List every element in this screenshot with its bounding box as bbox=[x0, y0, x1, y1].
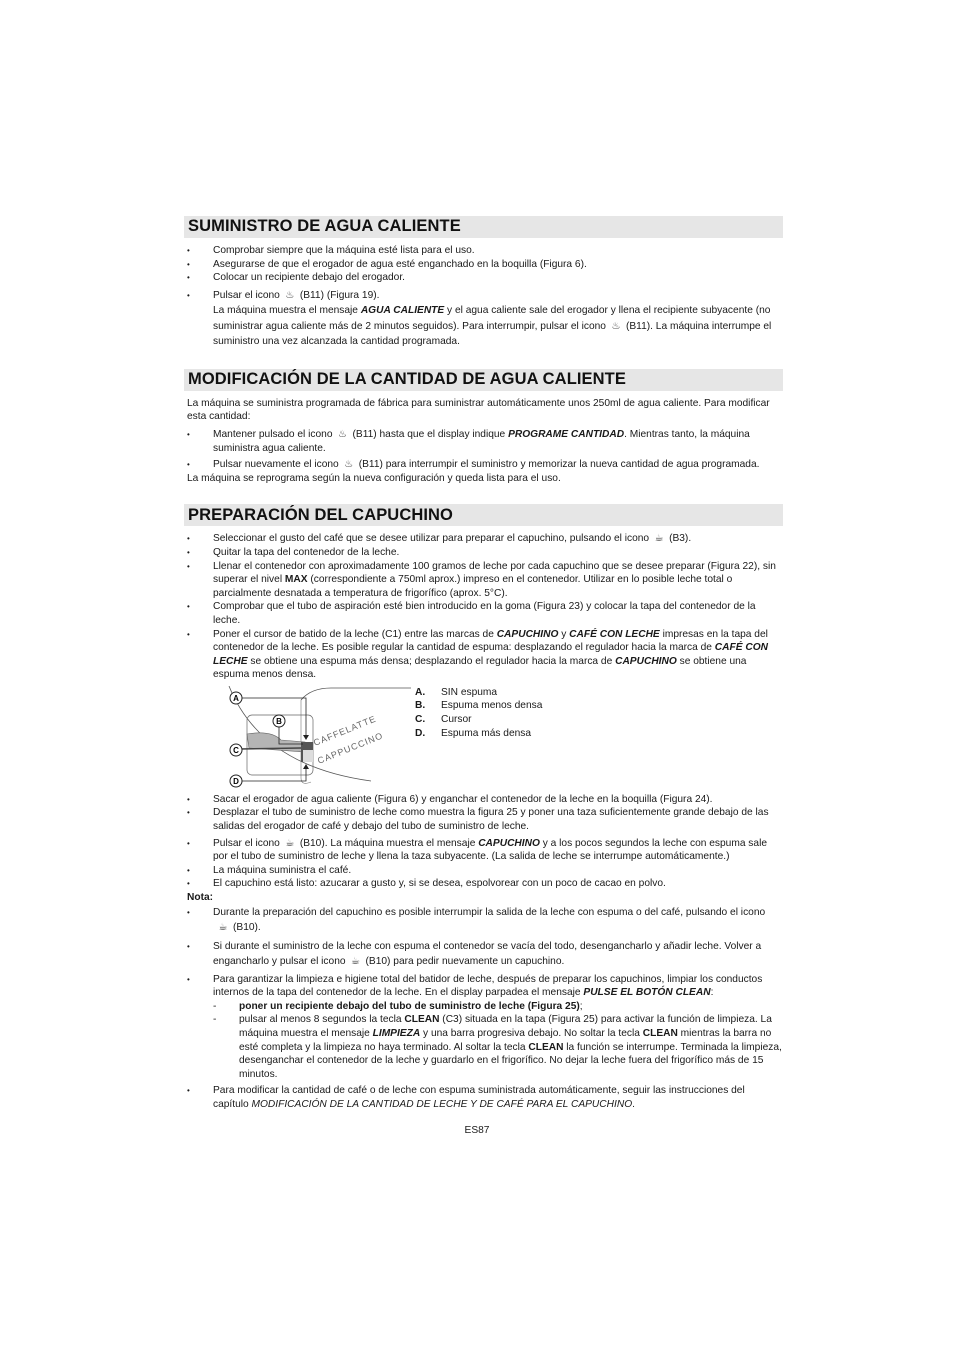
list-item: Poner el cursor de batido de la leche (C… bbox=[187, 628, 783, 682]
legend-item: C.Cursor bbox=[415, 713, 542, 727]
cappuccino-icon: ☕ bbox=[283, 837, 297, 851]
coffee-taste-icon: ☕ bbox=[652, 532, 666, 546]
list-item: Mantener pulsado el icono♨(B11) hasta qu… bbox=[187, 428, 783, 455]
page-number: ES87 bbox=[0, 1125, 954, 1136]
legend-item: D.Espuma más densa bbox=[415, 727, 542, 741]
outro-paragraph: La máquina se reprograma según la nueva … bbox=[187, 472, 783, 486]
section-title-cappuccino: PREPARACIÓN DEL CAPUCHINO bbox=[188, 509, 453, 523]
note-label: Nota: bbox=[187, 891, 783, 905]
section-title-hot-water: SUMINISTRO DE AGUA CALIENTE bbox=[188, 220, 461, 234]
intro-paragraph: La máquina se suministra programada de f… bbox=[187, 397, 783, 424]
list-item: Pulsar nuevamente el icono♨(B11) para in… bbox=[187, 458, 783, 472]
hot-water-steps: Comprobar siempre que la máquina esté li… bbox=[187, 244, 783, 350]
froth-regulator-figure: A B C D CAFFELATTE CAPPUCCINO A.SIN espu… bbox=[221, 686, 783, 790]
section-heading-band: PREPARACIÓN DEL CAPUCHINO bbox=[184, 504, 783, 526]
list-item: Comprobar siempre que la máquina esté li… bbox=[187, 244, 783, 258]
list-item: poner un recipiente debajo del tubo de s… bbox=[213, 1000, 783, 1014]
svg-text:C: C bbox=[233, 746, 239, 755]
list-item: Para modificar la cantidad de café o de … bbox=[187, 1084, 783, 1111]
list-item: Comprobar que el tubo de aspiración esté… bbox=[187, 600, 783, 627]
hot-water-icon: ♨ bbox=[342, 458, 356, 472]
list-item: pulsar al menos 8 segundos la tecla CLEA… bbox=[213, 1013, 783, 1081]
hot-water-icon: ♨ bbox=[609, 319, 623, 335]
manual-page: SUMINISTRO DE AGUA CALIENTE Comprobar si… bbox=[187, 216, 783, 1112]
list-item: El capuchino está listo: azucarar a gust… bbox=[187, 877, 783, 891]
legend-item: A.SIN espuma bbox=[415, 686, 542, 700]
note-list: Durante la preparación del capuchino es … bbox=[187, 905, 783, 1112]
svg-text:A: A bbox=[233, 694, 239, 703]
section-title-modify-water: MODIFICACIÓN DE LA CANTIDAD DE AGUA CALI… bbox=[188, 373, 626, 387]
hot-water-icon: ♨ bbox=[336, 428, 350, 442]
hot-water-icon: ♨ bbox=[283, 288, 297, 304]
cleaning-steps: poner un recipiente debajo del tubo de s… bbox=[213, 1000, 783, 1082]
svg-text:B: B bbox=[276, 717, 282, 726]
cappuccino-steps-continued: Sacar el erogador de agua caliente (Figu… bbox=[187, 793, 783, 891]
list-item: Desplazar el tubo de suministro de leche… bbox=[187, 806, 783, 833]
list-item: La máquina suministra el café. bbox=[187, 864, 783, 878]
list-item: Asegurarse de que el erogador de agua es… bbox=[187, 258, 783, 272]
figure-legend: A.SIN espuma B.Espuma menos densa C.Curs… bbox=[415, 686, 542, 790]
cappuccino-steps: Seleccionar el gusto del café que se des… bbox=[187, 532, 783, 682]
list-item: Seleccionar el gusto del café que se des… bbox=[187, 532, 783, 546]
milk-lid-diagram: A B C D CAFFELATTE CAPPUCCINO bbox=[221, 686, 411, 790]
section-heading-band: SUMINISTRO DE AGUA CALIENTE bbox=[184, 216, 783, 238]
list-item: Durante la preparación del capuchino es … bbox=[187, 905, 783, 936]
cappuccino-icon: ☕ bbox=[349, 954, 363, 970]
list-item: Llenar el contenedor con aproximadamente… bbox=[187, 560, 783, 601]
list-item: Si durante el suministro de la leche con… bbox=[187, 939, 783, 970]
list-item: Quitar la tapa del contenedor de la lech… bbox=[187, 546, 783, 560]
list-item: Sacar el erogador de agua caliente (Figu… bbox=[187, 793, 783, 807]
list-item: Para garantizar la limpieza e higiene to… bbox=[187, 973, 783, 1082]
cappuccino-icon: ☕ bbox=[216, 920, 230, 936]
list-item: Pulsar el icono☕(B10). La máquina muestr… bbox=[187, 837, 783, 864]
list-item: Colocar un recipiente debajo del erogado… bbox=[187, 271, 783, 285]
svg-text:D: D bbox=[233, 777, 239, 786]
list-item: Pulsar el icono♨(B11) (Figura 19). La má… bbox=[187, 288, 783, 350]
section-heading-band: MODIFICACIÓN DE LA CANTIDAD DE AGUA CALI… bbox=[184, 369, 783, 391]
modify-water-steps: Mantener pulsado el icono♨(B11) hasta qu… bbox=[187, 428, 783, 472]
legend-item: B.Espuma menos densa bbox=[415, 699, 542, 713]
